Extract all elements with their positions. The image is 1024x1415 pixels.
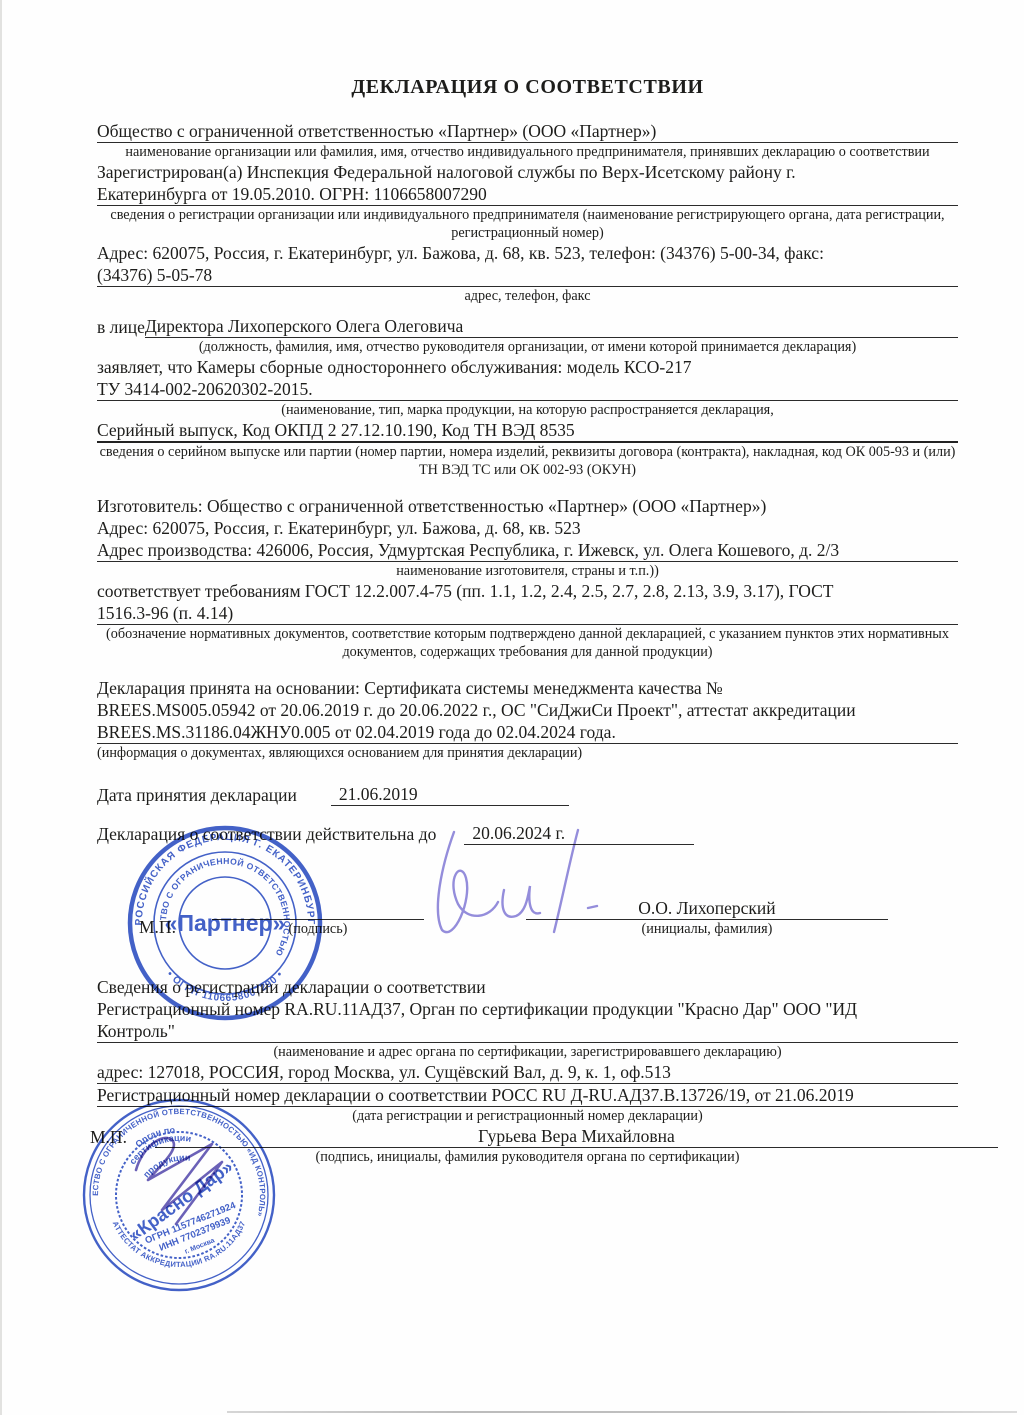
representative-prefix: в лице bbox=[97, 316, 145, 338]
adoption-date-value: 21.06.2019 bbox=[331, 783, 569, 806]
stamp-ogrn-text: ОГРН 1157746271924 bbox=[143, 1200, 238, 1247]
adoption-date-label: Дата принятия декларации bbox=[97, 784, 297, 806]
conformity-line-1: соответствует требованиям ГОСТ 12.2.007.… bbox=[97, 580, 958, 602]
scan-artifact-line bbox=[227, 1411, 1017, 1413]
declarant-value: Общество с ограниченной ответственностью… bbox=[97, 120, 958, 143]
manufacturer-address: Адрес: 620075, Россия, г. Екатеринбург, … bbox=[97, 517, 958, 539]
field-address: Адрес: 620075, Россия, г. Екатеринбург, … bbox=[97, 242, 958, 305]
field-manufacturer: Изготовитель: Общество с ограниченной от… bbox=[97, 495, 958, 580]
field-registration-info: Сведения о регистрации декларации о соот… bbox=[97, 976, 958, 1125]
field-declarant: Общество с ограниченной ответственностью… bbox=[97, 120, 958, 161]
cert-head-name: Гурьева Вера Михайловна bbox=[155, 1125, 998, 1147]
product-line-2: ТУ 3414-002-20620302-2015. bbox=[97, 378, 958, 400]
address-line-2: (34376) 5-05-78 bbox=[97, 264, 958, 286]
basis-line-3: BREES.MS.31186.04ЖНУ0.005 от 02.04.2019 … bbox=[97, 721, 958, 743]
representative-value: Директора Лихоперского Олега Олеговича bbox=[145, 315, 958, 338]
declaration-reg-number: Регистрационный номер декларации о соотв… bbox=[97, 1084, 958, 1107]
field-representative: в лице Директора Лихоперского Олега Олег… bbox=[97, 315, 958, 356]
product-serial: Серийный выпуск, Код ОКПД 2 27.12.10.190… bbox=[97, 419, 958, 443]
stamp-center-text: «Красно Дар» bbox=[126, 1156, 237, 1244]
declarant-caption: наименование организации или фамилия, им… bbox=[97, 143, 958, 161]
conformity-line-2: 1516.3-96 (п. 4.14) bbox=[97, 602, 958, 624]
registration-line-1: Зарегистрирован(а) Инспекция Федеральной… bbox=[97, 161, 958, 183]
basis-caption: (информация о документах, являющихся осн… bbox=[97, 744, 958, 762]
product-caption: (наименование, тип, марка продукции, на … bbox=[97, 401, 958, 419]
registration-info-caption: (наименование и адрес органа по сертифик… bbox=[97, 1043, 958, 1061]
registration-caption: сведения о регистрации организации или и… bbox=[97, 206, 958, 242]
conformity-caption: (обозначение нормативных документов, соо… bbox=[97, 625, 958, 661]
valid-until-value: 20.06.2024 г. bbox=[464, 822, 694, 845]
address-line-1: Адрес: 620075, Россия, г. Екатеринбург, … bbox=[97, 242, 958, 264]
manufacturer-name: Изготовитель: Общество с ограниченной от… bbox=[97, 495, 958, 517]
product-line-1: заявляет, что Камеры сборные односторонн… bbox=[97, 356, 958, 378]
declaration-reg-caption: (дата регистрации и регистрационный номе… bbox=[97, 1107, 958, 1125]
valid-until-label: Декларация о соответствии действительна … bbox=[97, 823, 436, 845]
registration-line-2: Екатеринбурга от 19.05.2010. ОГРН: 11066… bbox=[97, 183, 958, 205]
signature-row: М.П. (подпись) О.О. Лихоперский (инициал… bbox=[97, 897, 958, 938]
cert-body-address: адрес: 127018, РОССИЯ, город Москва, ул.… bbox=[97, 1061, 958, 1084]
field-conformity: соответствует требованиям ГОСТ 12.2.007.… bbox=[97, 580, 958, 661]
valid-until-row: Декларация о соответствии действительна … bbox=[97, 822, 958, 845]
page-title: ДЕКЛАРАЦИЯ О СООТВЕТСТВИИ bbox=[97, 76, 958, 99]
signer-name: О.О. Лихоперский bbox=[526, 897, 888, 919]
field-basis: Декларация принята на основании: Сертифи… bbox=[97, 677, 958, 762]
representative-caption: (должность, фамилия, имя, отчество руков… bbox=[97, 338, 958, 356]
cert-signature-row: М.П. Гурьева Вера Михайловна bbox=[90, 1125, 998, 1148]
signer-name-cell: О.О. Лихоперский (инициалы, фамилия) bbox=[526, 897, 888, 938]
basis-line-2: BREES.MS005.05942 от 20.06.2019 г. до 20… bbox=[97, 699, 958, 721]
stamp-place-label: М.П. bbox=[139, 916, 176, 938]
registration-info-line-2: Контроль" bbox=[97, 1020, 958, 1042]
registration-info-line-1: Регистрационный номер RA.RU.11АД37, Орга… bbox=[97, 998, 958, 1020]
stamp-accreditation-text: АТТЕСТАТ АККРЕДИТАЦИИ RA.RU.11АД37 bbox=[111, 1220, 248, 1269]
document-page: ДЕКЛАРАЦИЯ О СООТВЕТСТВИИ Общество с огр… bbox=[0, 0, 1024, 1415]
address-caption: адрес, телефон, факс bbox=[97, 287, 958, 305]
adoption-date-row: Дата принятия декларации 21.06.2019 bbox=[97, 783, 958, 806]
cert-head-caption: (подпись, инициалы, фамилия руководителя… bbox=[97, 1148, 958, 1166]
registration-info-heading: Сведения о регистрации декларации о соот… bbox=[97, 976, 958, 998]
basis-line-1: Декларация принята на основании: Сертифи… bbox=[97, 677, 958, 699]
stamp-inn-text: ИНН 7702379939 bbox=[158, 1215, 233, 1254]
manufacturer-caption: наименование изготовителя, страны и т.п.… bbox=[97, 562, 958, 580]
stamp-place-label-2: М.П. bbox=[90, 1126, 127, 1148]
manufacturer-production-address: Адрес производства: 426006, Россия, Удму… bbox=[97, 539, 958, 561]
field-product: заявляет, что Камеры сборные односторонн… bbox=[97, 356, 958, 479]
signer-name-caption: (инициалы, фамилия) bbox=[526, 920, 888, 938]
field-registration: Зарегистрирован(а) Инспекция Федеральной… bbox=[97, 161, 958, 242]
signature-cell: (подпись) bbox=[212, 898, 424, 938]
signature-caption: (подпись) bbox=[212, 920, 424, 938]
product-serial-caption: сведения о серийном выпуске или партии (… bbox=[97, 443, 958, 479]
stamp-city-text: г. Москва bbox=[184, 1237, 216, 1255]
cert-head-cell: Гурьева Вера Михайловна bbox=[155, 1125, 998, 1148]
svg-text:АТТЕСТАТ АККРЕДИТАЦИИ RA.RU.11: АТТЕСТАТ АККРЕДИТАЦИИ RA.RU.11АД37 bbox=[111, 1220, 248, 1269]
